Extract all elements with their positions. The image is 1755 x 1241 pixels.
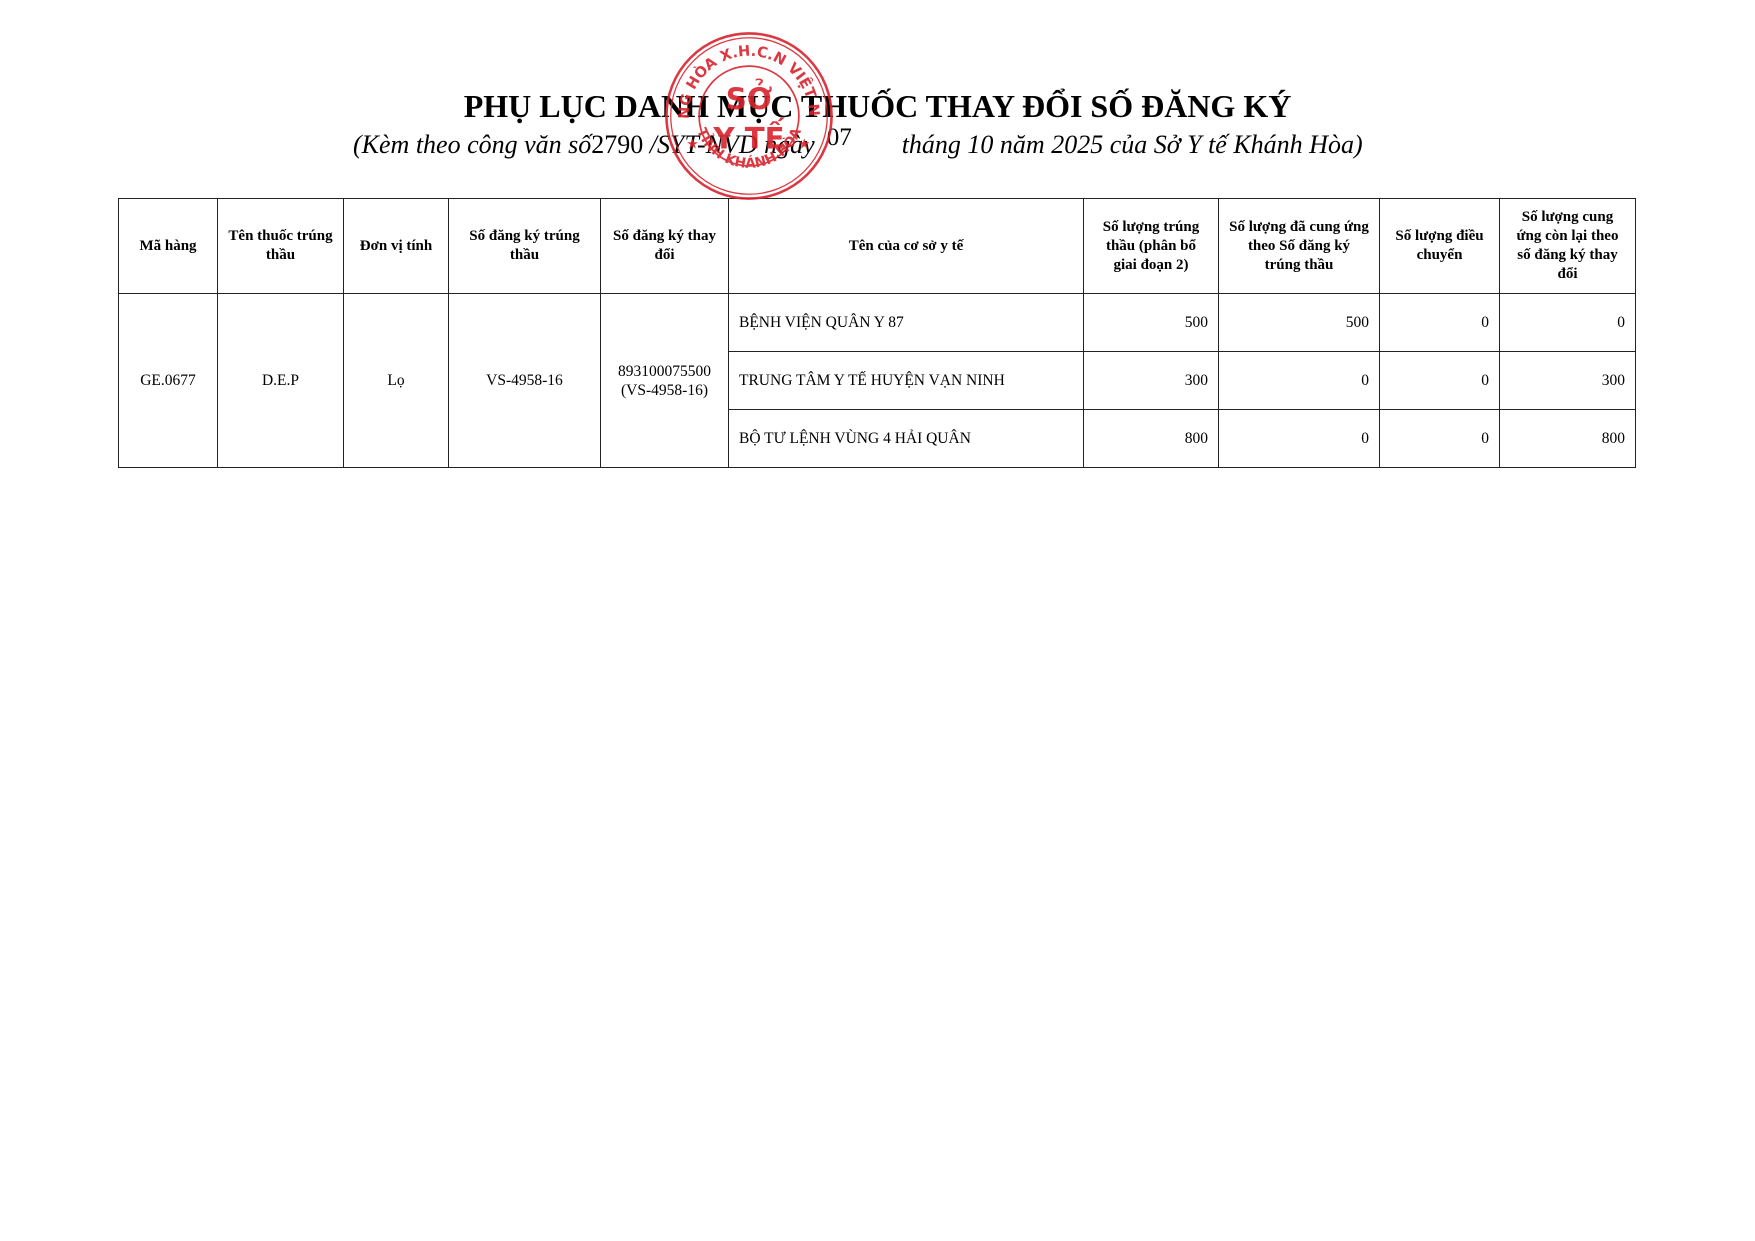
awarded-qty: 300 bbox=[1084, 352, 1219, 410]
header-transferred-qty: Số lượng điều chuyển bbox=[1380, 199, 1500, 294]
header-remaining-qty: Số lượng cung ứng còn lại theo số đăng k… bbox=[1500, 199, 1636, 294]
reg-original: VS-4958-16 bbox=[449, 294, 601, 468]
table-header-row: Mã hàng Tên thuốc trúng thầu Đơn vị tính… bbox=[119, 199, 1636, 294]
document-subtitle: (Kèm theo công văn số2790 /SYT-NVD ngày0… bbox=[353, 130, 1363, 160]
header-awarded-qty: Số lượng trúng thầu (phân bổ giai đoạn 2… bbox=[1084, 199, 1219, 294]
doc-day: 07 bbox=[827, 124, 852, 151]
supplied-qty: 500 bbox=[1219, 294, 1380, 352]
facility-name: BỆNH VIỆN QUÂN Y 87 bbox=[729, 294, 1084, 352]
unit: Lọ bbox=[344, 294, 449, 468]
header-drug-name: Tên thuốc trúng thầu bbox=[218, 199, 344, 294]
remaining-qty: 0 bbox=[1500, 294, 1636, 352]
supplied-qty: 0 bbox=[1219, 352, 1380, 410]
reg-new: 893100075500 (VS-4958-16) bbox=[601, 294, 729, 468]
subtitle-prefix: (Kèm theo công văn số bbox=[353, 130, 591, 159]
header-reg-new: Số đăng ký thay đổi bbox=[601, 199, 729, 294]
awarded-qty: 500 bbox=[1084, 294, 1219, 352]
doc-number: 2790 bbox=[591, 130, 643, 159]
transferred-qty: 0 bbox=[1380, 410, 1500, 468]
doc-code: /SYT-NVD ngày bbox=[643, 130, 814, 159]
header-item-code: Mã hàng bbox=[119, 199, 218, 294]
table-row: GE.0677 D.E.P Lọ VS-4958-16 893100075500… bbox=[119, 294, 1636, 352]
reg-new-old-ref: (VS-4958-16) bbox=[611, 381, 718, 400]
header-unit: Đơn vị tính bbox=[344, 199, 449, 294]
transferred-qty: 0 bbox=[1380, 294, 1500, 352]
transferred-qty: 0 bbox=[1380, 352, 1500, 410]
facility-name: BỘ TƯ LỆNH VÙNG 4 HẢI QUÂN bbox=[729, 410, 1084, 468]
subtitle-suffix: tháng 10 năm 2025 của Sở Y tế Khánh Hòa) bbox=[902, 130, 1363, 159]
item-code: GE.0677 bbox=[119, 294, 218, 468]
supplied-qty: 0 bbox=[1219, 410, 1380, 468]
remaining-qty: 300 bbox=[1500, 352, 1636, 410]
drug-name: D.E.P bbox=[218, 294, 344, 468]
header-facility: Tên của cơ sở y tế bbox=[729, 199, 1084, 294]
document-title: PHỤ LỤC DANH MỤC THUỐC THAY ĐỔI SỐ ĐĂNG … bbox=[0, 88, 1755, 125]
facility-name: TRUNG TÂM Y TẾ HUYỆN VẠN NINH bbox=[729, 352, 1084, 410]
drug-registration-table: Mã hàng Tên thuốc trúng thầu Đơn vị tính… bbox=[118, 198, 1636, 468]
awarded-qty: 800 bbox=[1084, 410, 1219, 468]
reg-new-number: 893100075500 bbox=[611, 362, 718, 381]
header-supplied-qty: Số lượng đã cung ứng theo Số đăng ký trú… bbox=[1219, 199, 1380, 294]
header-reg-original: Số đăng ký trúng thầu bbox=[449, 199, 601, 294]
remaining-qty: 800 bbox=[1500, 410, 1636, 468]
